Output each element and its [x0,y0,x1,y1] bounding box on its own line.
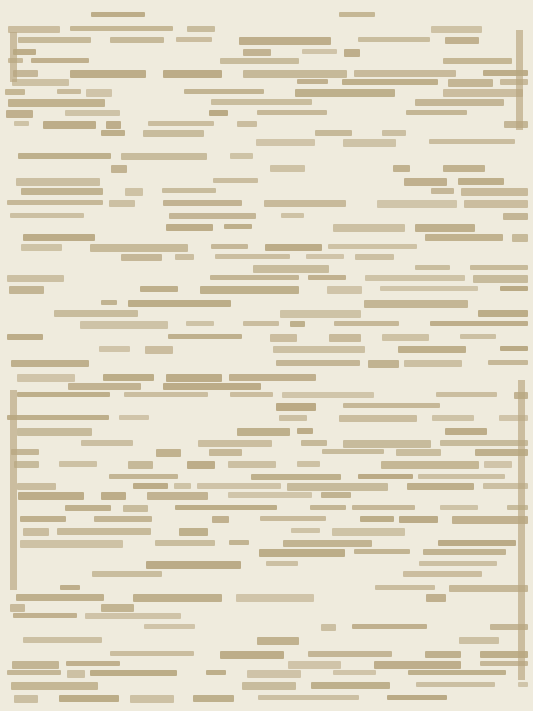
dash-stripe [193,695,234,702]
dash-stripe [459,637,499,644]
dash-stripe [259,549,345,557]
dash-stripe [12,79,69,86]
dash-stripe [288,661,341,669]
dash-stripe [415,99,504,106]
dash-stripe [458,178,504,185]
dash-stripe [179,528,208,536]
dash-stripe [110,651,194,656]
dash-stripe [166,224,213,231]
dash-stripe [445,37,479,44]
rug-image [0,0,533,711]
dash-stripe [101,604,134,612]
dash-stripe [264,200,346,207]
dash-stripe [13,70,38,77]
dash-stripe [175,254,194,260]
dash-stripe [8,99,105,107]
dash-stripe [431,188,454,194]
dash-stripe [187,26,215,32]
dash-stripe [101,130,125,136]
dash-stripe [155,540,215,546]
dash-stripe [375,585,435,590]
dash-stripe [236,594,314,602]
dash-stripe [147,492,208,500]
dash-stripe [396,449,441,456]
dash-stripe [407,483,474,490]
dash-stripe [109,200,135,207]
dash-stripe [260,516,326,521]
dash-stripe [59,695,119,702]
dash-stripe [393,165,410,172]
dash-stripe [31,58,89,63]
dash-stripe [247,670,301,678]
dash-stripe [175,505,277,510]
dash-stripe [148,121,214,126]
dash-stripe [333,224,405,232]
dash-stripe [17,374,75,382]
dash-stripe [358,474,413,479]
dash-stripe [8,58,23,63]
dash-stripe [381,461,479,469]
dash-stripe [65,110,120,116]
dash-stripe [17,392,110,397]
dash-stripe [302,49,337,54]
dash-stripe [123,505,148,512]
dash-stripe [352,624,427,629]
dash-stripe [163,383,261,390]
dash-stripe [81,440,133,446]
dash-stripe [354,70,456,77]
dash-stripe [328,244,417,249]
dash-stripe [103,374,154,381]
dash-stripe [70,70,146,78]
dash-stripe [169,213,256,219]
dash-stripe [380,286,478,291]
dash-stripe [14,121,29,126]
dash-stripe [507,505,528,510]
dash-stripe [360,516,394,522]
dash-stripe [436,392,497,397]
dash-stripe [279,415,307,421]
dash-stripe [187,461,215,469]
dash-stripe [228,492,312,498]
dash-stripe [21,244,62,251]
dash-stripe [257,110,327,115]
dash-stripe [237,121,257,127]
dash-stripe [297,79,328,84]
dash-stripe [140,286,178,292]
dash-stripe [14,461,39,468]
dash-stripe [16,594,104,601]
dash-stripe [258,695,359,700]
dash-stripe [57,528,151,535]
dash-stripe [377,200,457,208]
dash-stripe [253,265,329,273]
dash-stripe [499,415,528,421]
dash-stripe [92,571,162,577]
dash-stripe [90,670,177,676]
dash-stripe [415,265,450,270]
dash-stripe [211,99,312,105]
dash-stripe [443,165,485,172]
dash-stripe [484,461,512,468]
dash-stripe [65,505,111,511]
dash-stripe [339,415,417,422]
dash-stripe [6,110,33,118]
dash-stripe [352,505,415,510]
dash-stripe [10,604,25,612]
dash-stripe [270,334,297,342]
dash-stripe [7,415,109,420]
dash-stripe [339,12,375,17]
dash-stripe [18,492,84,500]
dash-stripe [197,483,281,489]
dash-stripe [329,334,361,342]
dash-stripe [500,346,528,351]
dash-stripe [308,275,346,280]
dash-stripe [23,234,95,241]
dash-stripe [17,483,56,490]
dash-stripe [17,428,92,436]
dash-stripe [80,321,168,329]
dash-stripe [480,651,528,658]
dash-stripe [403,571,482,577]
dash-stripe [344,49,360,57]
dash-stripe [133,594,222,602]
dash-stripe [7,334,43,340]
dash-stripe [243,321,279,326]
dash-stripe [146,561,241,569]
dash-stripe [440,440,528,446]
dash-stripe [101,492,126,500]
dash-stripe [306,254,344,259]
dash-stripe [101,300,117,305]
dash-stripe [174,483,191,489]
dash-stripe [404,178,447,186]
dash-stripe [343,440,431,448]
dash-stripe [332,528,405,536]
dash-stripe [168,334,242,339]
dash-stripe [212,516,229,523]
dash-stripe [280,310,361,318]
dash-stripe [121,153,207,160]
dash-stripe [110,37,164,43]
dash-stripe [460,334,496,339]
dash-stripe [256,139,315,146]
dash-stripe [430,321,528,326]
dash-stripe [327,286,362,294]
dash-stripe [514,392,528,399]
dash-stripe [10,213,84,218]
dash-stripe [99,346,130,352]
dash-stripe [209,110,228,116]
dash-stripe [90,244,188,252]
left-border-bottom [10,390,17,590]
dash-stripe [281,213,304,218]
dash-stripe [186,321,214,326]
dash-stripe [215,254,290,259]
dash-stripe [382,334,429,341]
dash-stripe [418,474,505,479]
dash-stripe [321,492,351,498]
dash-stripe [365,275,465,281]
dash-stripe [211,244,248,249]
dash-stripe [425,234,503,241]
dash-stripe [163,70,222,78]
dash-stripe [162,188,216,193]
dash-stripe [432,415,474,421]
dash-stripe [368,360,399,368]
dash-stripe [230,392,273,397]
dash-stripe [333,670,376,675]
dash-stripe [106,121,121,129]
dash-stripe [16,178,100,186]
dash-stripe [257,637,299,645]
dash-stripe [124,392,208,397]
right-border-bottom [518,380,525,680]
dash-stripe [229,540,249,545]
dash-stripe [282,392,374,398]
dash-stripe [500,286,528,291]
dash-stripe [503,213,528,220]
dash-stripe [461,188,528,196]
dash-stripe [12,661,59,669]
dash-stripe [315,130,352,136]
dash-stripe [355,254,394,260]
dash-stripe [7,275,64,282]
dash-stripe [301,440,327,446]
dash-stripe [425,651,461,658]
dash-stripe [143,130,204,137]
dash-stripe [156,449,181,457]
dash-stripe [184,89,264,94]
dash-stripe [224,224,252,229]
dash-stripe [311,682,390,689]
dash-stripe [133,483,168,489]
dash-stripe [239,37,331,45]
dash-stripe [14,695,38,703]
dash-stripe [145,346,173,354]
dash-stripe [144,624,195,629]
dash-stripe [291,528,320,533]
dash-stripe [18,37,91,43]
dash-stripe [5,89,25,95]
dash-stripe [11,449,39,455]
dash-stripe [473,275,528,283]
dash-stripe [504,121,528,128]
dash-stripe [404,360,462,367]
dash-stripe [342,79,438,85]
dash-stripe [11,360,89,367]
dash-stripe [478,310,528,317]
dash-stripe [206,670,226,675]
dash-stripe [443,58,512,64]
dash-stripe [440,505,478,510]
dash-stripe [213,178,258,183]
dash-stripe [125,188,143,196]
dash-stripe [20,516,66,522]
dash-stripe [66,661,120,666]
dash-stripe [382,130,406,136]
dash-stripe [18,153,111,159]
dash-stripe [452,516,528,524]
dash-stripe [321,624,336,631]
dash-stripe [387,695,447,700]
dash-stripe [85,613,181,619]
dash-stripe [220,651,284,659]
dash-stripe [20,540,123,548]
dash-stripe [237,428,290,436]
dash-stripe [483,483,528,489]
dash-stripe [488,360,528,365]
dash-stripe [426,594,446,602]
dash-stripe [308,651,392,657]
dash-stripe [121,254,162,261]
dash-stripe [322,449,384,454]
dash-stripe [251,474,341,480]
dash-stripe [364,300,468,308]
dash-stripe [470,265,528,270]
dash-stripe [60,585,80,590]
dash-stripe [109,474,178,479]
dash-stripe [13,613,77,618]
dash-stripe [70,26,173,31]
dash-stripe [230,153,253,159]
dash-stripe [228,461,276,468]
dash-stripe [130,695,174,703]
dash-stripe [23,528,49,536]
dash-stripe [398,346,466,353]
dash-stripe [7,200,103,205]
dash-stripe [8,26,60,33]
dash-stripe [399,516,438,523]
dash-stripe [480,661,528,666]
dash-stripe [310,505,346,510]
dash-stripe [406,110,467,115]
dash-stripe [500,79,528,85]
dash-stripe [176,37,212,42]
dash-stripe [334,321,399,326]
dash-stripe [490,624,528,630]
dash-stripe [86,89,112,97]
dash-stripe [415,224,475,232]
dash-stripe [429,139,515,144]
dash-stripe [423,549,506,555]
dash-stripe [297,428,313,434]
dash-stripe [9,286,44,294]
dash-stripe [128,461,153,469]
dash-stripe [512,234,528,242]
dash-stripe [464,200,528,208]
dash-stripe [295,89,395,97]
dash-stripe [445,428,487,435]
dash-stripe [408,670,506,675]
dash-stripe [43,121,96,129]
dash-stripe [23,637,102,643]
dash-stripe [443,89,523,97]
dash-stripe [358,37,430,42]
dash-stripe [163,200,242,206]
dash-stripe [419,561,497,566]
dash-stripe [128,300,231,307]
dash-stripe [276,360,360,366]
dash-stripe [67,670,85,678]
dash-stripe [483,70,528,76]
dash-stripe [13,49,36,55]
dash-stripe [518,682,528,687]
dash-stripe [343,139,396,147]
dash-stripe [416,682,495,687]
dash-stripe [297,461,320,467]
dash-stripe [243,49,271,56]
dash-stripe [276,403,316,411]
dash-stripe [220,58,299,64]
dash-stripe [57,89,81,94]
dash-stripe [11,682,98,690]
dash-stripe [21,188,103,195]
dash-stripe [287,483,388,491]
dash-stripe [449,585,528,592]
dash-stripe [290,321,305,327]
dash-stripe [354,549,410,554]
dash-stripe [119,415,149,420]
dash-stripe [229,374,316,381]
dash-stripe [431,26,482,33]
dash-stripe [59,461,97,467]
dash-stripe [68,383,141,390]
dash-stripe [448,79,493,87]
dash-stripe [270,165,305,172]
dash-stripe [209,449,242,456]
dash-stripe [343,403,440,408]
dash-stripe [91,12,145,17]
dash-stripe [242,682,296,690]
dash-stripe [54,310,138,317]
dash-stripe [210,275,299,280]
dash-stripe [266,561,298,566]
dash-stripe [273,346,365,353]
dash-stripe [243,70,347,78]
dash-stripe [283,540,372,547]
dash-stripe [94,516,152,522]
dash-stripe [475,449,528,456]
dash-stripe [7,670,61,675]
dash-stripe [111,165,127,173]
dash-stripe [198,440,272,447]
dash-stripe [166,374,222,382]
dash-stripe [265,244,322,251]
dash-stripe [200,286,299,294]
dash-stripe [438,540,516,546]
dash-stripe [374,661,461,669]
